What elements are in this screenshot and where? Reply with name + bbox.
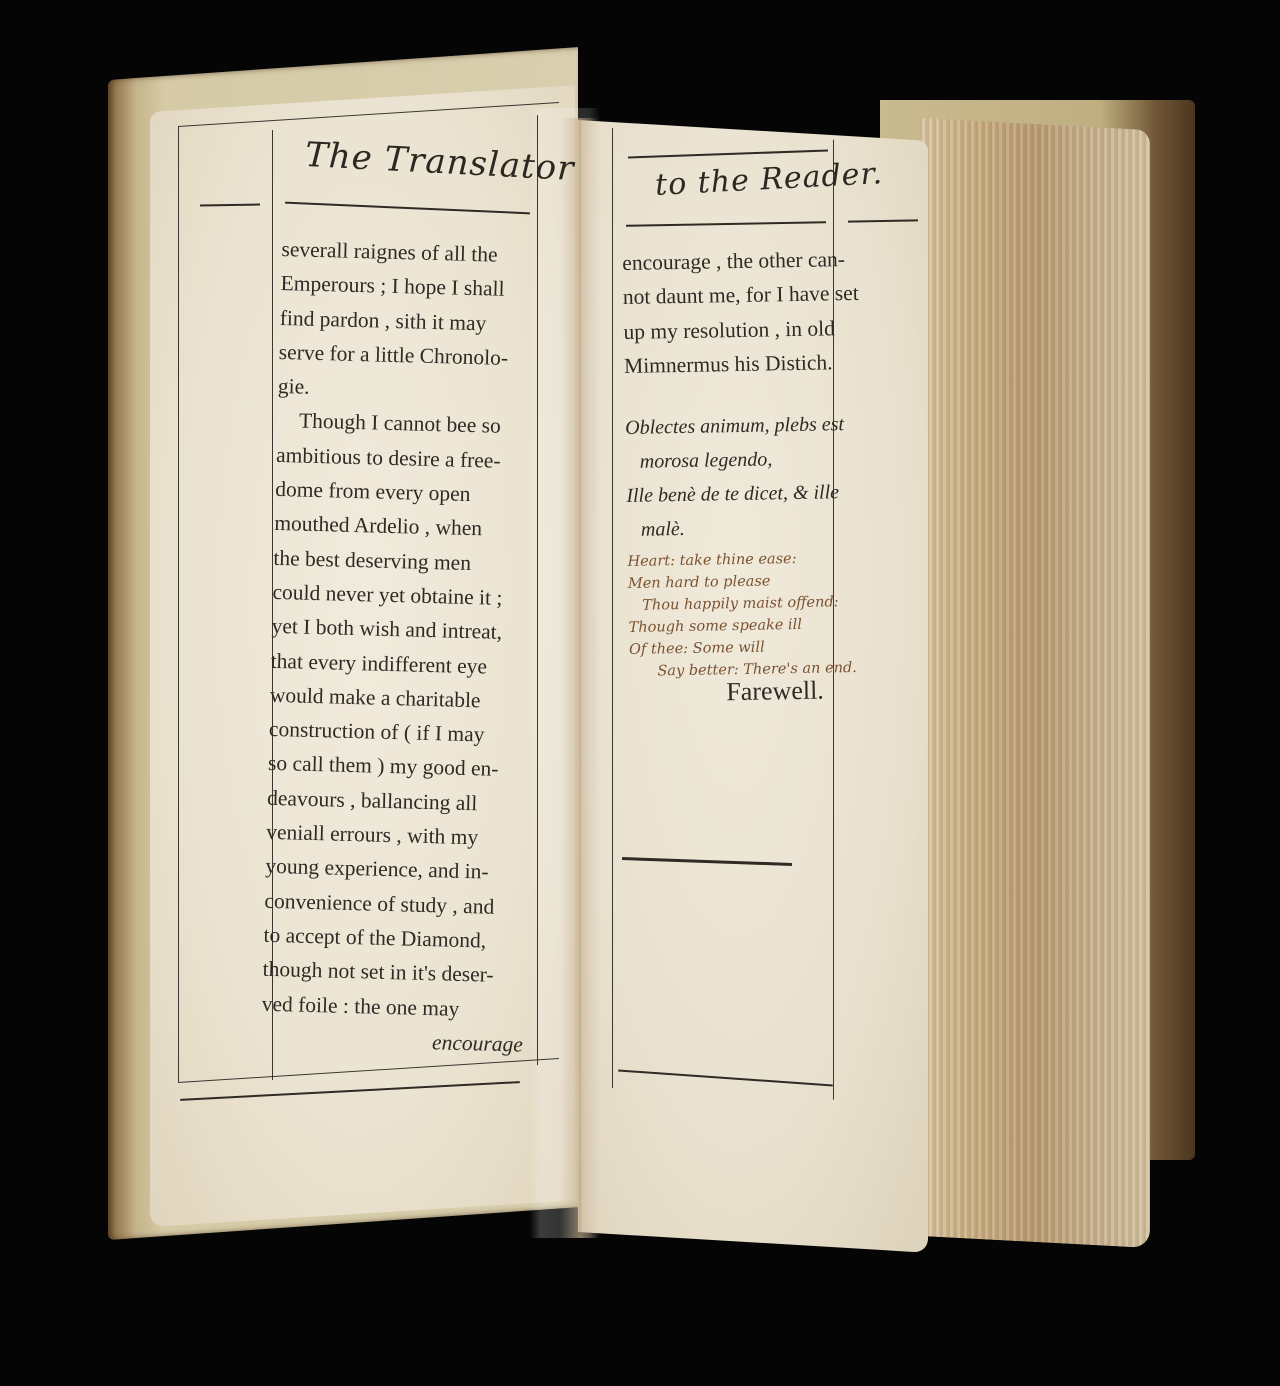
left-text-column: severall raignes of all the Emperours ; … bbox=[260, 232, 543, 1062]
text-line: serve for a little Chronolo- bbox=[278, 335, 541, 376]
open-book-photo: The Translator to the Reader. severall r… bbox=[0, 0, 1280, 1386]
verse-line: Oblectes animum, plebs est bbox=[625, 408, 830, 446]
text-line: not daunt me, for I have set bbox=[623, 277, 828, 315]
latin-distich: Oblectes animum, plebs est morosa legend… bbox=[625, 408, 831, 548]
verse-line: Ille benè de te dicet, & ille bbox=[626, 476, 831, 514]
text-line: up my resolution , in old bbox=[623, 311, 828, 349]
right-text-column: encourage , the other can- not daunt me,… bbox=[622, 242, 834, 709]
manuscript-line: Thou happily maist offend: bbox=[628, 592, 832, 618]
text-line: ved foile : the one may bbox=[261, 986, 524, 1027]
page-block-fore-edge bbox=[920, 118, 1150, 1248]
verse-line: malè. bbox=[627, 510, 832, 548]
verse-line: morosa legendo, bbox=[625, 442, 830, 480]
text-line: encourage , the other can- bbox=[622, 242, 827, 280]
text-line: Mimnermus his Distich. bbox=[624, 345, 829, 383]
handwritten-translation: Heart: take thine ease: Men hard to plea… bbox=[627, 548, 833, 684]
catchword: encourage bbox=[260, 1021, 523, 1062]
